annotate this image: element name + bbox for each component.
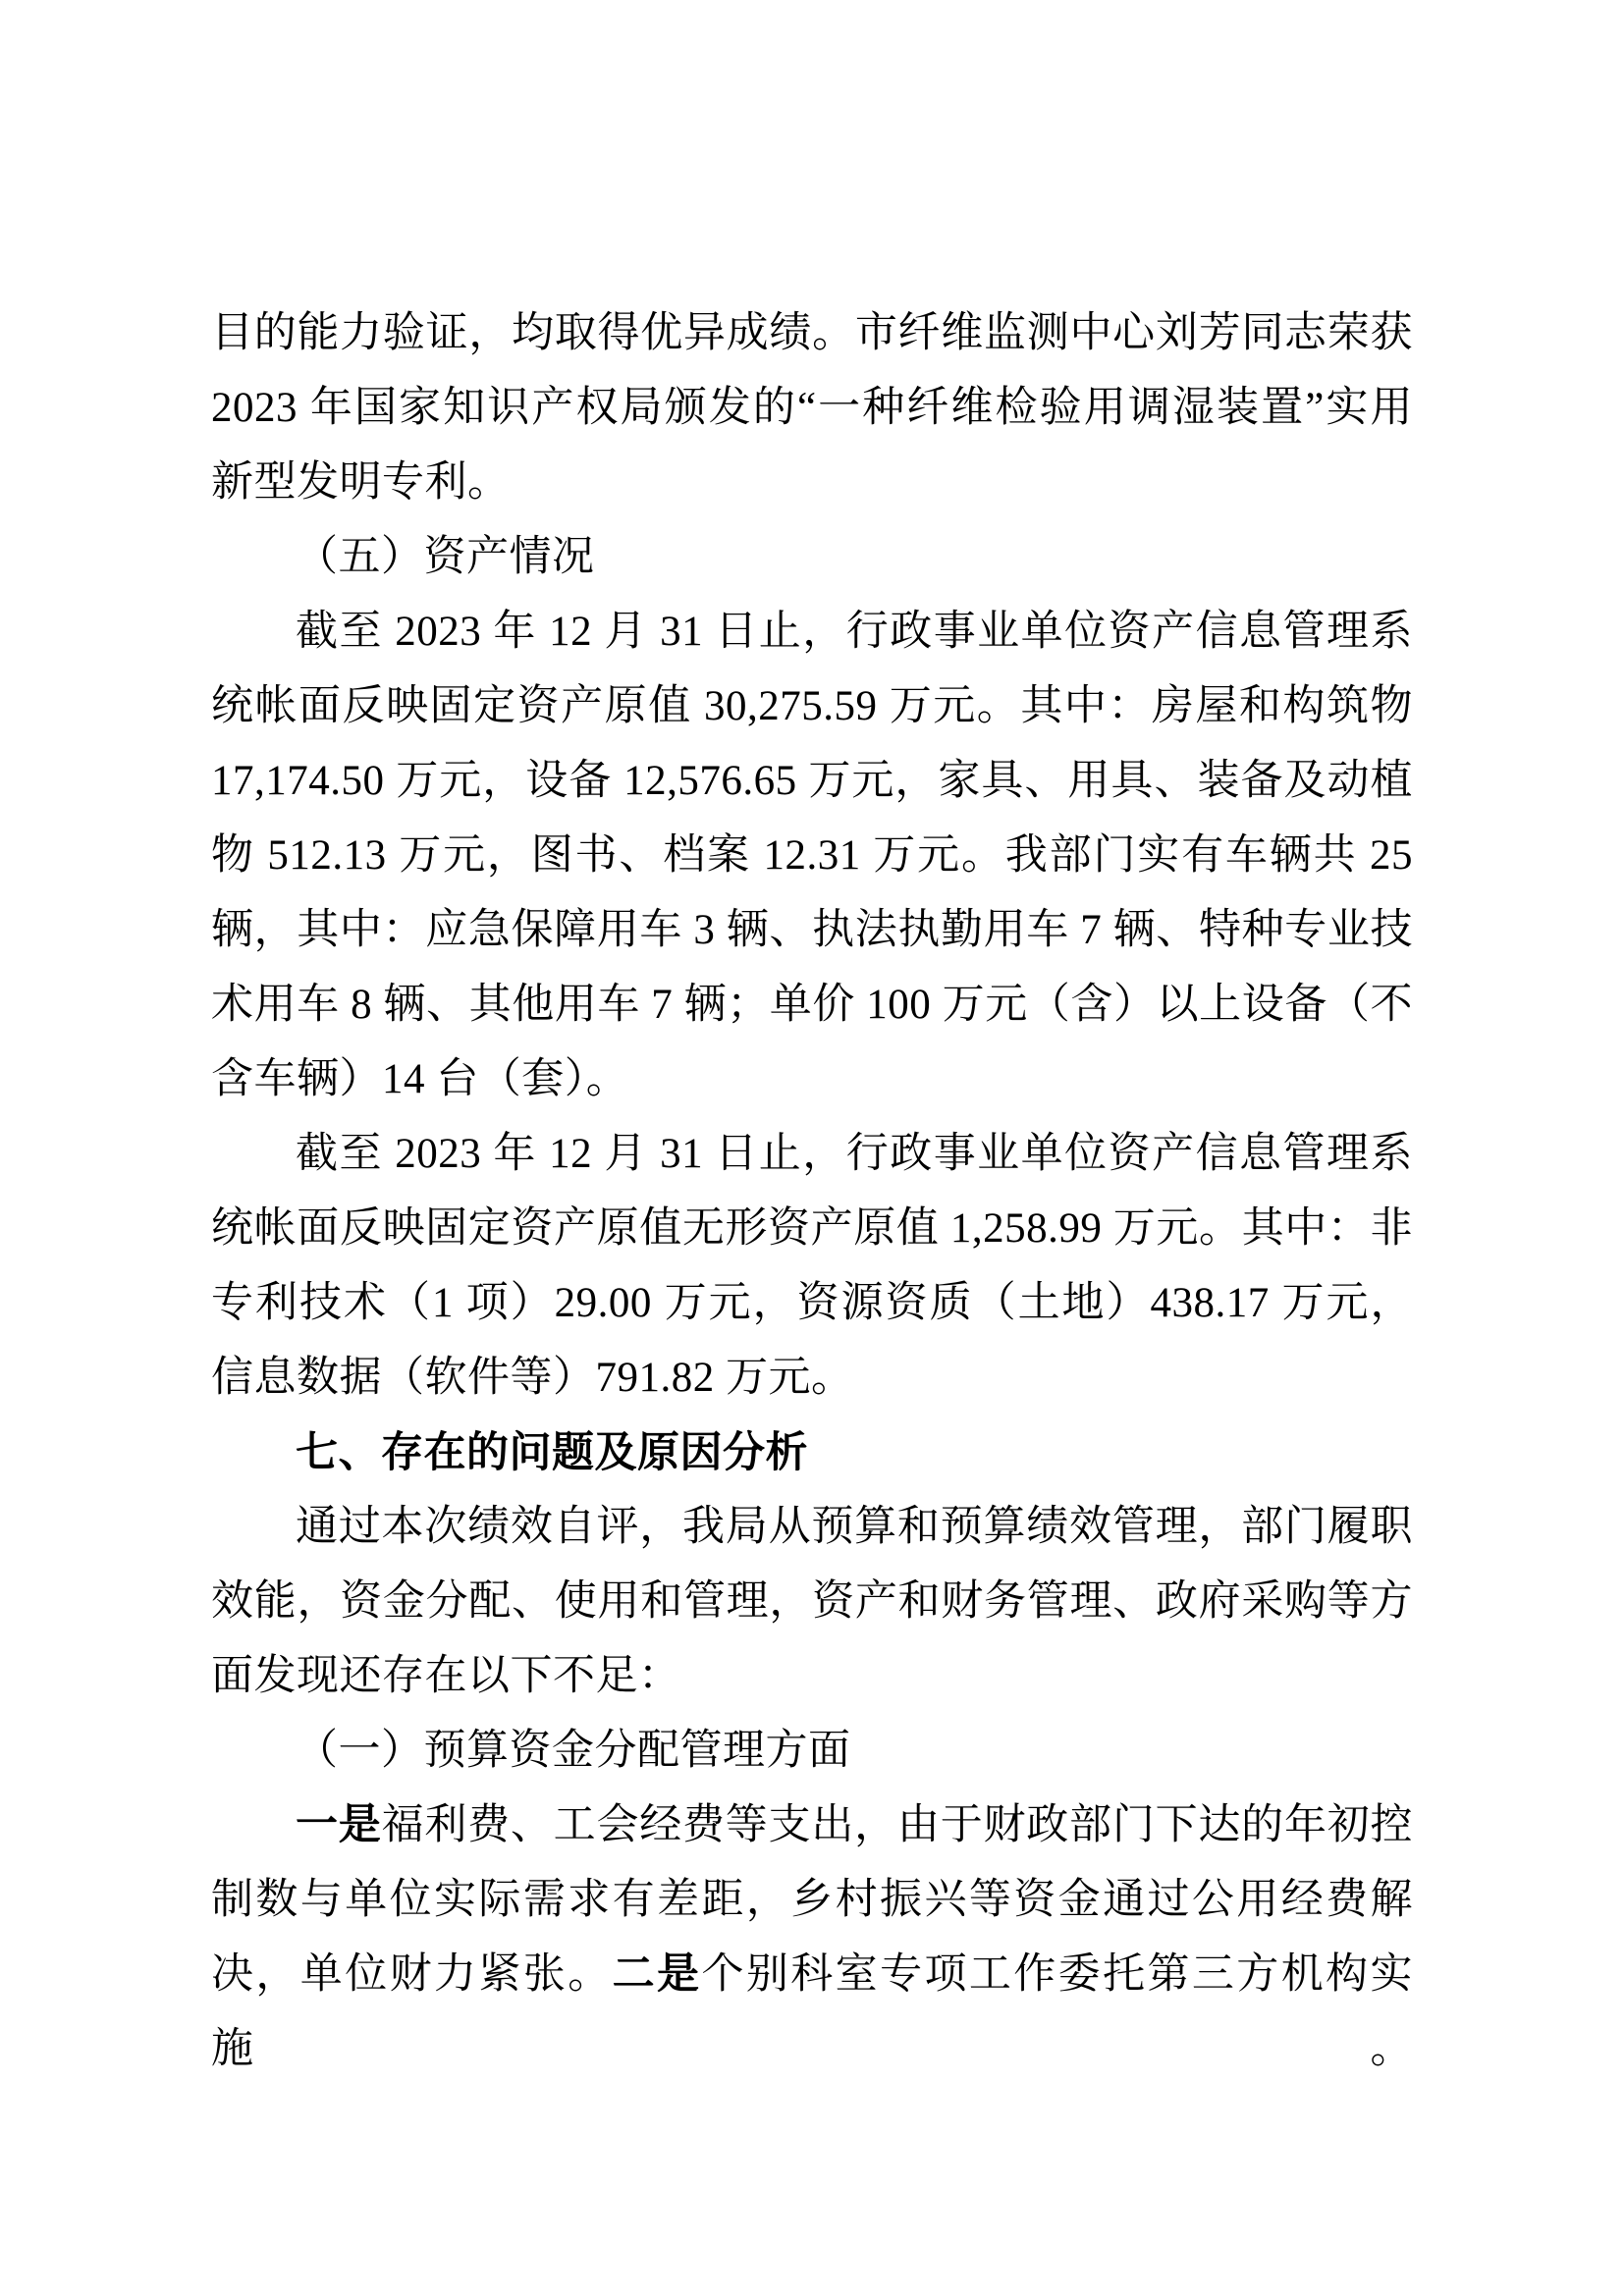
text-line: 含车辆）14 台（套）。 (211, 1042, 1413, 1117)
text-line: 统帐面反映固定资产原值无形资产原值 1,258.99 万元。其中：非 (211, 1192, 1413, 1266)
text-line: （一）预算资金分配管理方面 (211, 1714, 1413, 1789)
text-run: 术用车 8 辆、其他用车 7 辆；单价 100 万元（含）以上设备（不 (211, 982, 1413, 1028)
text-line: 决，单位财力紧张。二是个别科室专项工作委托第三方机构实施。 (211, 1938, 1413, 2012)
paragraph: 截至 2023 年 12 月 31 日止，行政事业单位资产信息管理系统帐面反映固… (211, 1117, 1413, 1415)
text-line: 物 512.13 万元，图书、档案 12.31 万元。我部门实有车辆共 25 (211, 819, 1413, 893)
text-line: 通过本次绩效自评，我局从预算和预算绩效管理，部门履职 (211, 1490, 1413, 1565)
text-run: 新型发明专利。 (211, 459, 511, 506)
bold-text-run: 一是 (296, 1802, 382, 1848)
text-block: 目的能力验证，均取得优异成绩。市纤维监测中心刘芳同志荣获2023 年国家知识产权… (211, 296, 1413, 2012)
text-run: 效能，资金分配、使用和管理，资产和财务管理、政府采购等方 (211, 1578, 1413, 1625)
text-line: 2023 年国家知识产权局颁发的“一种纤维检验用调湿装置”实用 (211, 371, 1413, 446)
text-line: （五）资产情况 (211, 520, 1413, 595)
text-run: 福利费、工会经费等支出，由于财政部门下达的年初控 (382, 1802, 1413, 1848)
sub-heading: （一）预算资金分配管理方面 (211, 1714, 1413, 1789)
document-page: 目的能力验证，均取得优异成绩。市纤维监测中心刘芳同志荣获2023 年国家知识产权… (0, 0, 1624, 2296)
text-run: 信息数据（软件等）791.82 万元。 (211, 1355, 854, 1401)
text-line: 一是福利费、工会经费等支出，由于财政部门下达的年初控 (211, 1789, 1413, 1863)
text-line: 效能，资金分配、使用和管理，资产和财务管理、政府采购等方 (211, 1565, 1413, 1639)
paragraph-continuation: 目的能力验证，均取得优异成绩。市纤维监测中心刘芳同志荣获2023 年国家知识产权… (211, 296, 1413, 520)
text-run: 2023 年国家知识产权局颁发的“一种纤维检验用调湿装置”实用 (211, 385, 1413, 431)
text-run: 制数与单位实际需求有差距，乡村振兴等资金通过公用经费解 (211, 1877, 1413, 1923)
text-run: 17,174.50 万元，设备 12,576.65 万元，家具、用具、装备及动植 (211, 758, 1413, 804)
text-line: 目的能力验证，均取得优异成绩。市纤维监测中心刘芳同志荣获 (211, 296, 1413, 371)
text-run: 决，单位财力紧张。 (211, 1951, 613, 1998)
text-line: 辆，其中：应急保障用车 3 辆、执法执勤用车 7 辆、特种专业技 (211, 893, 1413, 968)
text-line: 17,174.50 万元，设备 12,576.65 万元，家具、用具、装备及动植 (211, 744, 1413, 819)
text-run: 含车辆）14 台（套）。 (211, 1056, 628, 1102)
text-line: 面发现还存在以下不足： (211, 1639, 1413, 1714)
text-line: 统帐面反映固定资产原值 30,275.59 万元。其中：房屋和构筑物 (211, 669, 1413, 744)
text-line: 七、存在的问题及原因分析 (211, 1415, 1413, 1490)
text-run: 面发现还存在以下不足： (211, 1653, 681, 1699)
text-run: 目的能力验证，均取得优异成绩。市纤维监测中心刘芳同志荣获 (211, 310, 1413, 356)
text-run: 专利技术（1 项）29.00 万元，资源资质（土地）438.17 万元， (211, 1280, 1413, 1326)
text-line: 截至 2023 年 12 月 31 日止，行政事业单位资产信息管理系 (211, 1117, 1413, 1192)
paragraph: 一是福利费、工会经费等支出，由于财政部门下达的年初控制数与单位实际需求有差距，乡… (211, 1789, 1413, 2012)
text-line: 制数与单位实际需求有差距，乡村振兴等资金通过公用经费解 (211, 1863, 1413, 1938)
paragraph: 通过本次绩效自评，我局从预算和预算绩效管理，部门履职效能，资金分配、使用和管理，… (211, 1490, 1413, 1714)
text-run: 通过本次绩效自评，我局从预算和预算绩效管理，部门履职 (296, 1504, 1413, 1550)
text-line: 信息数据（软件等）791.82 万元。 (211, 1341, 1413, 1415)
text-line: 专利技术（1 项）29.00 万元，资源资质（土地）438.17 万元， (211, 1266, 1413, 1341)
sub-heading: （五）资产情况 (211, 520, 1413, 595)
text-run: （五）资产情况 (296, 534, 595, 580)
section-heading: 七、存在的问题及原因分析 (211, 1415, 1413, 1490)
text-run: 统帐面反映固定资产原值无形资产原值 1,258.99 万元。其中：非 (211, 1205, 1413, 1252)
text-run: 辆，其中：应急保障用车 3 辆、执法执勤用车 7 辆、特种专业技 (211, 907, 1413, 953)
text-run: 截至 2023 年 12 月 31 日止，行政事业单位资产信息管理系 (296, 609, 1413, 655)
text-line: 新型发明专利。 (211, 446, 1413, 520)
text-line: 截至 2023 年 12 月 31 日止，行政事业单位资产信息管理系 (211, 595, 1413, 669)
paragraph: 截至 2023 年 12 月 31 日止，行政事业单位资产信息管理系统帐面反映固… (211, 595, 1413, 1117)
text-run: 截至 2023 年 12 月 31 日止，行政事业单位资产信息管理系 (296, 1131, 1413, 1177)
text-run: 统帐面反映固定资产原值 30,275.59 万元。其中：房屋和构筑物 (211, 683, 1413, 729)
bold-text-run: 七、存在的问题及原因分析 (296, 1429, 808, 1476)
text-run: （一）预算资金分配管理方面 (296, 1728, 851, 1774)
text-run: 物 512.13 万元，图书、档案 12.31 万元。我部门实有车辆共 25 (211, 832, 1413, 879)
text-line: 术用车 8 辆、其他用车 7 辆；单价 100 万元（含）以上设备（不 (211, 968, 1413, 1042)
bold-text-run: 二是 (613, 1951, 702, 1998)
